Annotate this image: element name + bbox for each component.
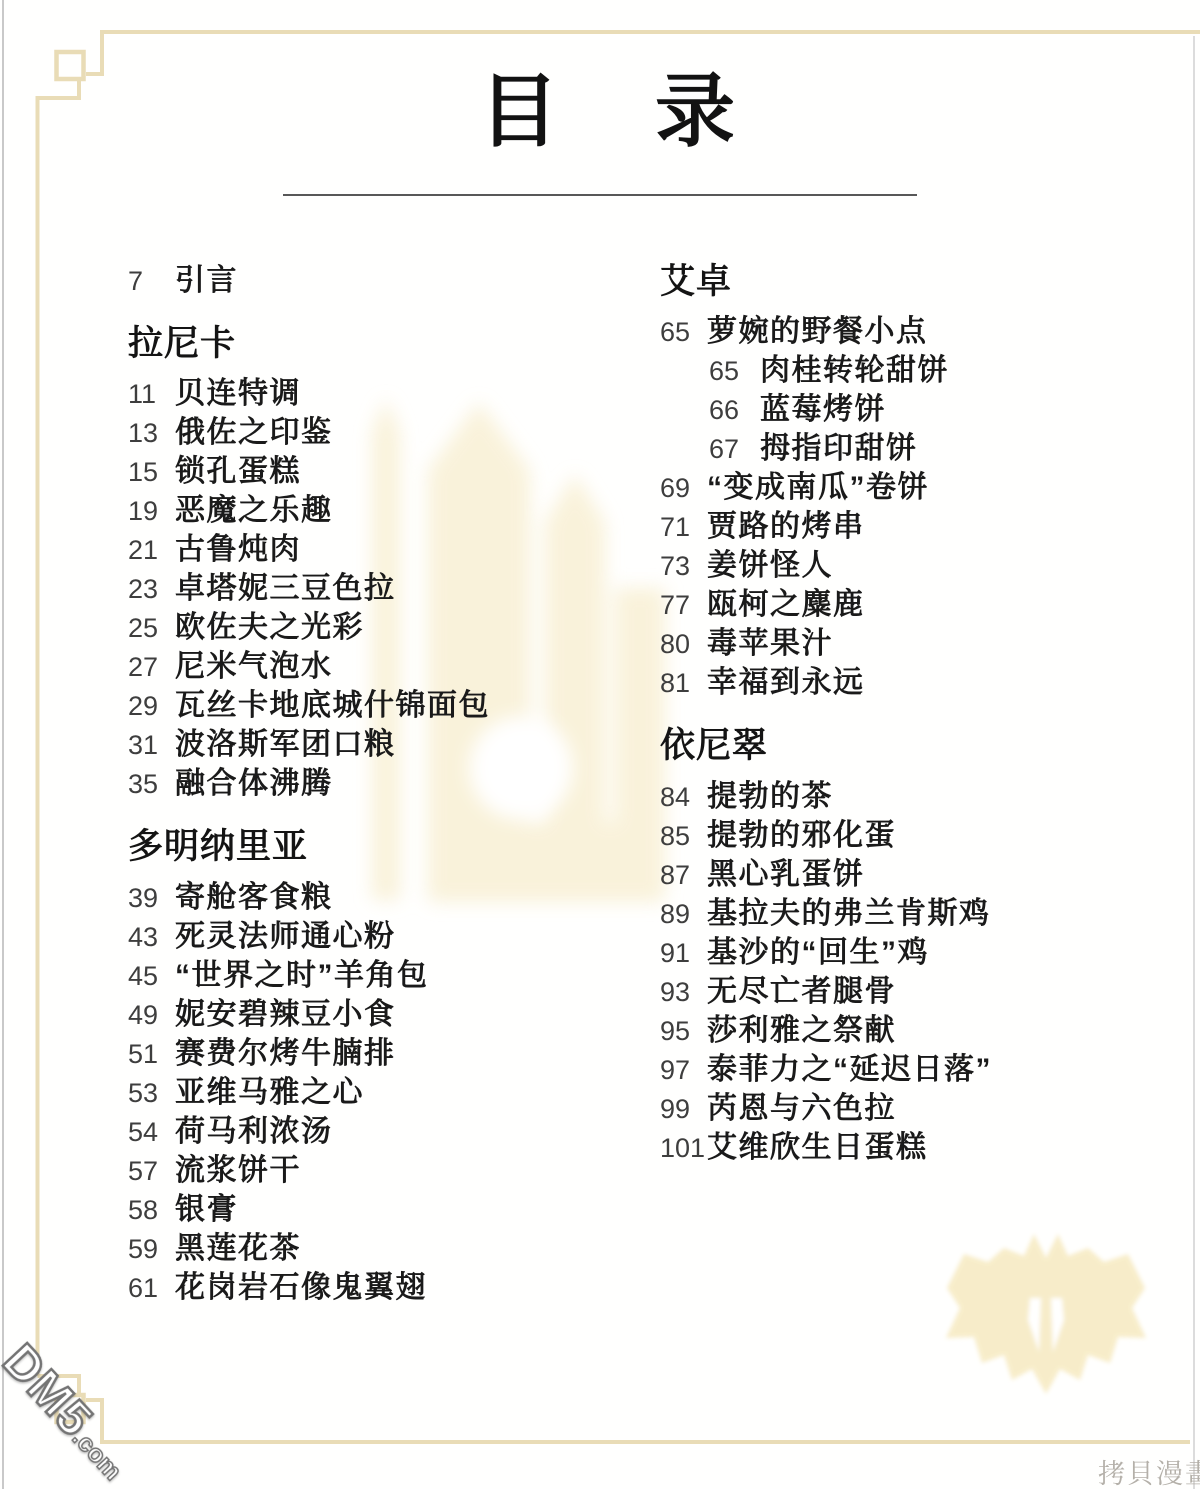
toc-entry-title: 基拉夫的弗兰肯斯鸡 xyxy=(707,897,991,930)
toc-entry: 54荷马利浓汤 xyxy=(128,1115,628,1148)
toc-entry: 84提勃的茶 xyxy=(660,780,1160,813)
toc-entry-title: 锁孔蛋糕 xyxy=(175,455,301,488)
toc-entry-title: 无尽亡者腿骨 xyxy=(707,975,896,1008)
toc-entry: 13俄佐之印鉴 xyxy=(128,416,628,449)
frame-bottom-border xyxy=(86,1400,1190,1442)
toc-entry-page-number: 73 xyxy=(660,552,707,582)
toc-entry-page-number: 91 xyxy=(660,939,707,969)
toc-entry: 27尼米气泡水 xyxy=(128,650,628,683)
toc-entry-page-number: 11 xyxy=(128,380,175,410)
toc-entry-page-number: 43 xyxy=(128,923,175,953)
toc-entry: 73姜饼怪人 xyxy=(660,549,1160,582)
toc-entry-page-number: 95 xyxy=(660,1017,707,1047)
page-scan-edge-right xyxy=(1193,36,1195,1489)
toc-entry: 53亚维马雅之心 xyxy=(128,1076,628,1109)
toc-entry: 39寄舱客食粮 xyxy=(128,881,628,914)
section-header: 拉尼卡 xyxy=(128,324,628,364)
toc-entry-title: 蓝莓烤饼 xyxy=(760,393,886,426)
section-header: 依尼翠 xyxy=(660,726,1160,766)
toc-entry-title: 贝连特调 xyxy=(175,377,301,410)
title-divider-rule xyxy=(283,194,917,196)
toc-entry: 101艾维欣生日蛋糕 xyxy=(660,1131,1160,1164)
toc-entry: 58银膏 xyxy=(128,1193,628,1226)
page-scan-edge-left xyxy=(2,0,4,1489)
frame-top-border xyxy=(86,32,1200,74)
toc-entry: 95莎利雅之祭献 xyxy=(660,1014,1160,1047)
toc-entry: 49妮安碧辣豆小食 xyxy=(128,998,628,1031)
toc-entry: 89基拉夫的弗兰肯斯鸡 xyxy=(660,897,1160,930)
section-header: 艾卓 xyxy=(660,262,1160,302)
toc-entry-page-number: 39 xyxy=(128,884,175,914)
toc-entry-page-number: 77 xyxy=(660,591,707,621)
toc-entry-title: 瓯柯之麋鹿 xyxy=(707,588,865,621)
toc-entry-title: 尼米气泡水 xyxy=(175,650,333,683)
page-title-char: 录 xyxy=(655,72,735,152)
toc-entry: 71贾路的烤串 xyxy=(660,510,1160,543)
toc-entry-title: 亚维马雅之心 xyxy=(175,1076,364,1109)
toc-entry-title: 花岗岩石像鬼翼翅 xyxy=(175,1271,427,1304)
toc-entry: 93无尽亡者腿骨 xyxy=(660,975,1160,1008)
toc-entry-page-number: 87 xyxy=(660,861,707,891)
toc-entry: 61花岗岩石像鬼翼翅 xyxy=(128,1271,628,1304)
toc-entry-page-number: 53 xyxy=(128,1079,175,1109)
page-title-char: 目 xyxy=(479,72,559,152)
toc-entry-title: 流浆饼干 xyxy=(175,1154,301,1187)
toc-entry-page-number: 23 xyxy=(128,575,175,605)
toc-entry-page-number: 25 xyxy=(128,614,175,644)
toc-entry-page-number: 57 xyxy=(128,1157,175,1187)
toc-entry: 51赛费尔烤牛腩排 xyxy=(128,1037,628,1070)
toc-entry: 65肉桂转轮甜饼 xyxy=(709,354,1160,387)
toc-entry-title: 姜饼怪人 xyxy=(707,549,833,582)
toc-entry-title: 寄舱客食粮 xyxy=(175,881,333,914)
toc-entry: 77瓯柯之麋鹿 xyxy=(660,588,1160,621)
toc-entry: 65萝婉的野餐小点 xyxy=(660,315,1160,348)
toc-entry-title: 毒苹果汁 xyxy=(707,627,833,660)
toc-entry: 81幸福到永远 xyxy=(660,666,1160,699)
toc-entry-title: 瓦丝卡地底城什锦面包 xyxy=(175,689,490,722)
toc-entry: 67拇指印甜饼 xyxy=(709,432,1160,465)
toc-entry-title: 黑莲花茶 xyxy=(175,1232,301,1265)
toc-entry: 31波洛斯军团口粮 xyxy=(128,728,628,761)
toc-entry-page-number: 93 xyxy=(660,978,707,1008)
toc-entry-title: 莎利雅之祭献 xyxy=(707,1014,896,1047)
toc-entry-page-number: 49 xyxy=(128,1001,175,1031)
toc-entry-page-number: 45 xyxy=(128,962,175,992)
toc-entry-page-number: 58 xyxy=(128,1196,175,1226)
toc-entry: 59黑莲花茶 xyxy=(128,1232,628,1265)
toc-entry-title: 波洛斯军团口粮 xyxy=(175,728,396,761)
toc-entry-title: 引言 xyxy=(175,264,238,297)
toc-entry-title: 赛费尔烤牛腩排 xyxy=(175,1037,396,1070)
toc-entry-title: 古鲁炖肉 xyxy=(175,533,301,566)
toc-entry-title: 提勃的茶 xyxy=(707,780,833,813)
toc-entry-title: 芮恩与六色拉 xyxy=(707,1092,896,1125)
toc-column-left: 7引言拉尼卡11贝连特调13俄佐之印鉴15锁孔蛋糕19恶魔之乐趣21古鲁炖肉23… xyxy=(128,264,628,1310)
toc-entry-title: 俄佐之印鉴 xyxy=(175,416,333,449)
toc-entry-title: 提勃的邪化蛋 xyxy=(707,819,896,852)
toc-entry-title: 黑心乳蛋饼 xyxy=(707,858,865,891)
toc-entry-title: 基沙的“回生”鸡 xyxy=(707,936,929,969)
toc-entry-page-number: 80 xyxy=(660,630,707,660)
toc-entry: 99芮恩与六色拉 xyxy=(660,1092,1160,1125)
toc-entry-page-number: 69 xyxy=(660,474,707,504)
toc-entry-title: 贾路的烤串 xyxy=(707,510,865,543)
toc-entry-page-number: 97 xyxy=(660,1056,707,1086)
toc-entry-page-number: 51 xyxy=(128,1040,175,1070)
toc-entry: 7引言 xyxy=(128,264,628,297)
toc-entry-page-number: 61 xyxy=(128,1274,175,1304)
toc-entry-page-number: 99 xyxy=(660,1095,707,1125)
toc-entry-page-number: 66 xyxy=(709,396,760,426)
toc-entry-page-number: 65 xyxy=(709,357,760,387)
toc-entry: 87黑心乳蛋饼 xyxy=(660,858,1160,891)
toc-entry: 57流浆饼干 xyxy=(128,1154,628,1187)
toc-entry-page-number: 13 xyxy=(128,419,175,449)
toc-entry-page-number: 81 xyxy=(660,669,707,699)
toc-entry-title: 银膏 xyxy=(175,1193,238,1226)
toc-entry-page-number: 31 xyxy=(128,731,175,761)
toc-entry: 85提勃的邪化蛋 xyxy=(660,819,1160,852)
toc-entry-title: 恶魔之乐趣 xyxy=(175,494,333,527)
toc-entry-title: 死灵法师通心粉 xyxy=(175,920,396,953)
toc-entry-title: 拇指印甜饼 xyxy=(760,432,918,465)
toc-entry: 80毒苹果汁 xyxy=(660,627,1160,660)
toc-entry-title: 肉桂转轮甜饼 xyxy=(760,354,949,387)
toc-entry-title: 艾维欣生日蛋糕 xyxy=(707,1131,928,1164)
toc-entry-page-number: 35 xyxy=(128,770,175,800)
frame-left-border xyxy=(38,79,80,1376)
toc-entry: 11贝连特调 xyxy=(128,377,628,410)
toc-entry-title: “变成南瓜”卷饼 xyxy=(707,471,929,504)
toc-entry-title: “世界之时”羊角包 xyxy=(175,959,429,992)
toc-entry: 15锁孔蛋糕 xyxy=(128,455,628,488)
toc-entry-page-number: 15 xyxy=(128,458,175,488)
toc-entry-page-number: 21 xyxy=(128,536,175,566)
toc-entry-page-number: 54 xyxy=(128,1118,175,1148)
toc-entry: 45“世界之时”羊角包 xyxy=(128,959,628,992)
toc-entry: 43死灵法师通心粉 xyxy=(128,920,628,953)
toc-entry-page-number: 85 xyxy=(660,822,707,852)
toc-entry: 35融合体沸腾 xyxy=(128,767,628,800)
toc-entry: 97泰菲力之“延迟日落” xyxy=(660,1053,1160,1086)
toc-entry: 69“变成南瓜”卷饼 xyxy=(660,471,1160,504)
toc-column-right: 艾卓65萝婉的野餐小点65肉桂转轮甜饼66蓝莓烤饼67拇指印甜饼69“变成南瓜”… xyxy=(660,262,1160,1170)
toc-entry-page-number: 101 xyxy=(660,1134,707,1164)
toc-entry-title: 幸福到永远 xyxy=(707,666,865,699)
site-watermark: 拷貝漫畫 xyxy=(1098,1452,1200,1489)
toc-entry: 19恶魔之乐趣 xyxy=(128,494,628,527)
toc-entry: 29瓦丝卡地底城什锦面包 xyxy=(128,689,628,722)
toc-entry: 91基沙的“回生”鸡 xyxy=(660,936,1160,969)
section-header: 多明纳里亚 xyxy=(128,827,628,867)
page-title: 目 录 xyxy=(0,72,1200,152)
toc-entry-title: 萝婉的野餐小点 xyxy=(707,315,928,348)
toc-entry-title: 欧佐夫之光彩 xyxy=(175,611,364,644)
toc-entry-page-number: 19 xyxy=(128,497,175,527)
toc-entry-page-number: 27 xyxy=(128,653,175,683)
toc-entry: 66蓝莓烤饼 xyxy=(709,393,1160,426)
toc-entry-title: 卓塔妮三豆色拉 xyxy=(175,572,396,605)
toc-entry: 23卓塔妮三豆色拉 xyxy=(128,572,628,605)
toc-entry-title: 泰菲力之“延迟日落” xyxy=(707,1053,992,1086)
toc-entry-title: 妮安碧辣豆小食 xyxy=(175,998,396,1031)
toc-entry-page-number: 89 xyxy=(660,900,707,930)
toc-entry-page-number: 65 xyxy=(660,318,707,348)
toc-entry-page-number: 84 xyxy=(660,783,707,813)
toc-entry-page-number: 29 xyxy=(128,692,175,722)
toc-entry-page-number: 71 xyxy=(660,513,707,543)
toc-entry-title: 融合体沸腾 xyxy=(175,767,333,800)
toc-page: 目 录 7引言拉尼卡11贝连特调13俄佐之印鉴15锁孔蛋糕19恶魔之乐趣21古鲁… xyxy=(0,0,1200,1489)
toc-entry-page-number: 7 xyxy=(128,267,175,297)
toc-entry: 25欧佐夫之光彩 xyxy=(128,611,628,644)
toc-entry-page-number: 59 xyxy=(128,1235,175,1265)
toc-entry-title: 荷马利浓汤 xyxy=(175,1115,333,1148)
toc-entry-page-number: 67 xyxy=(709,435,760,465)
toc-entry: 21古鲁炖肉 xyxy=(128,533,628,566)
